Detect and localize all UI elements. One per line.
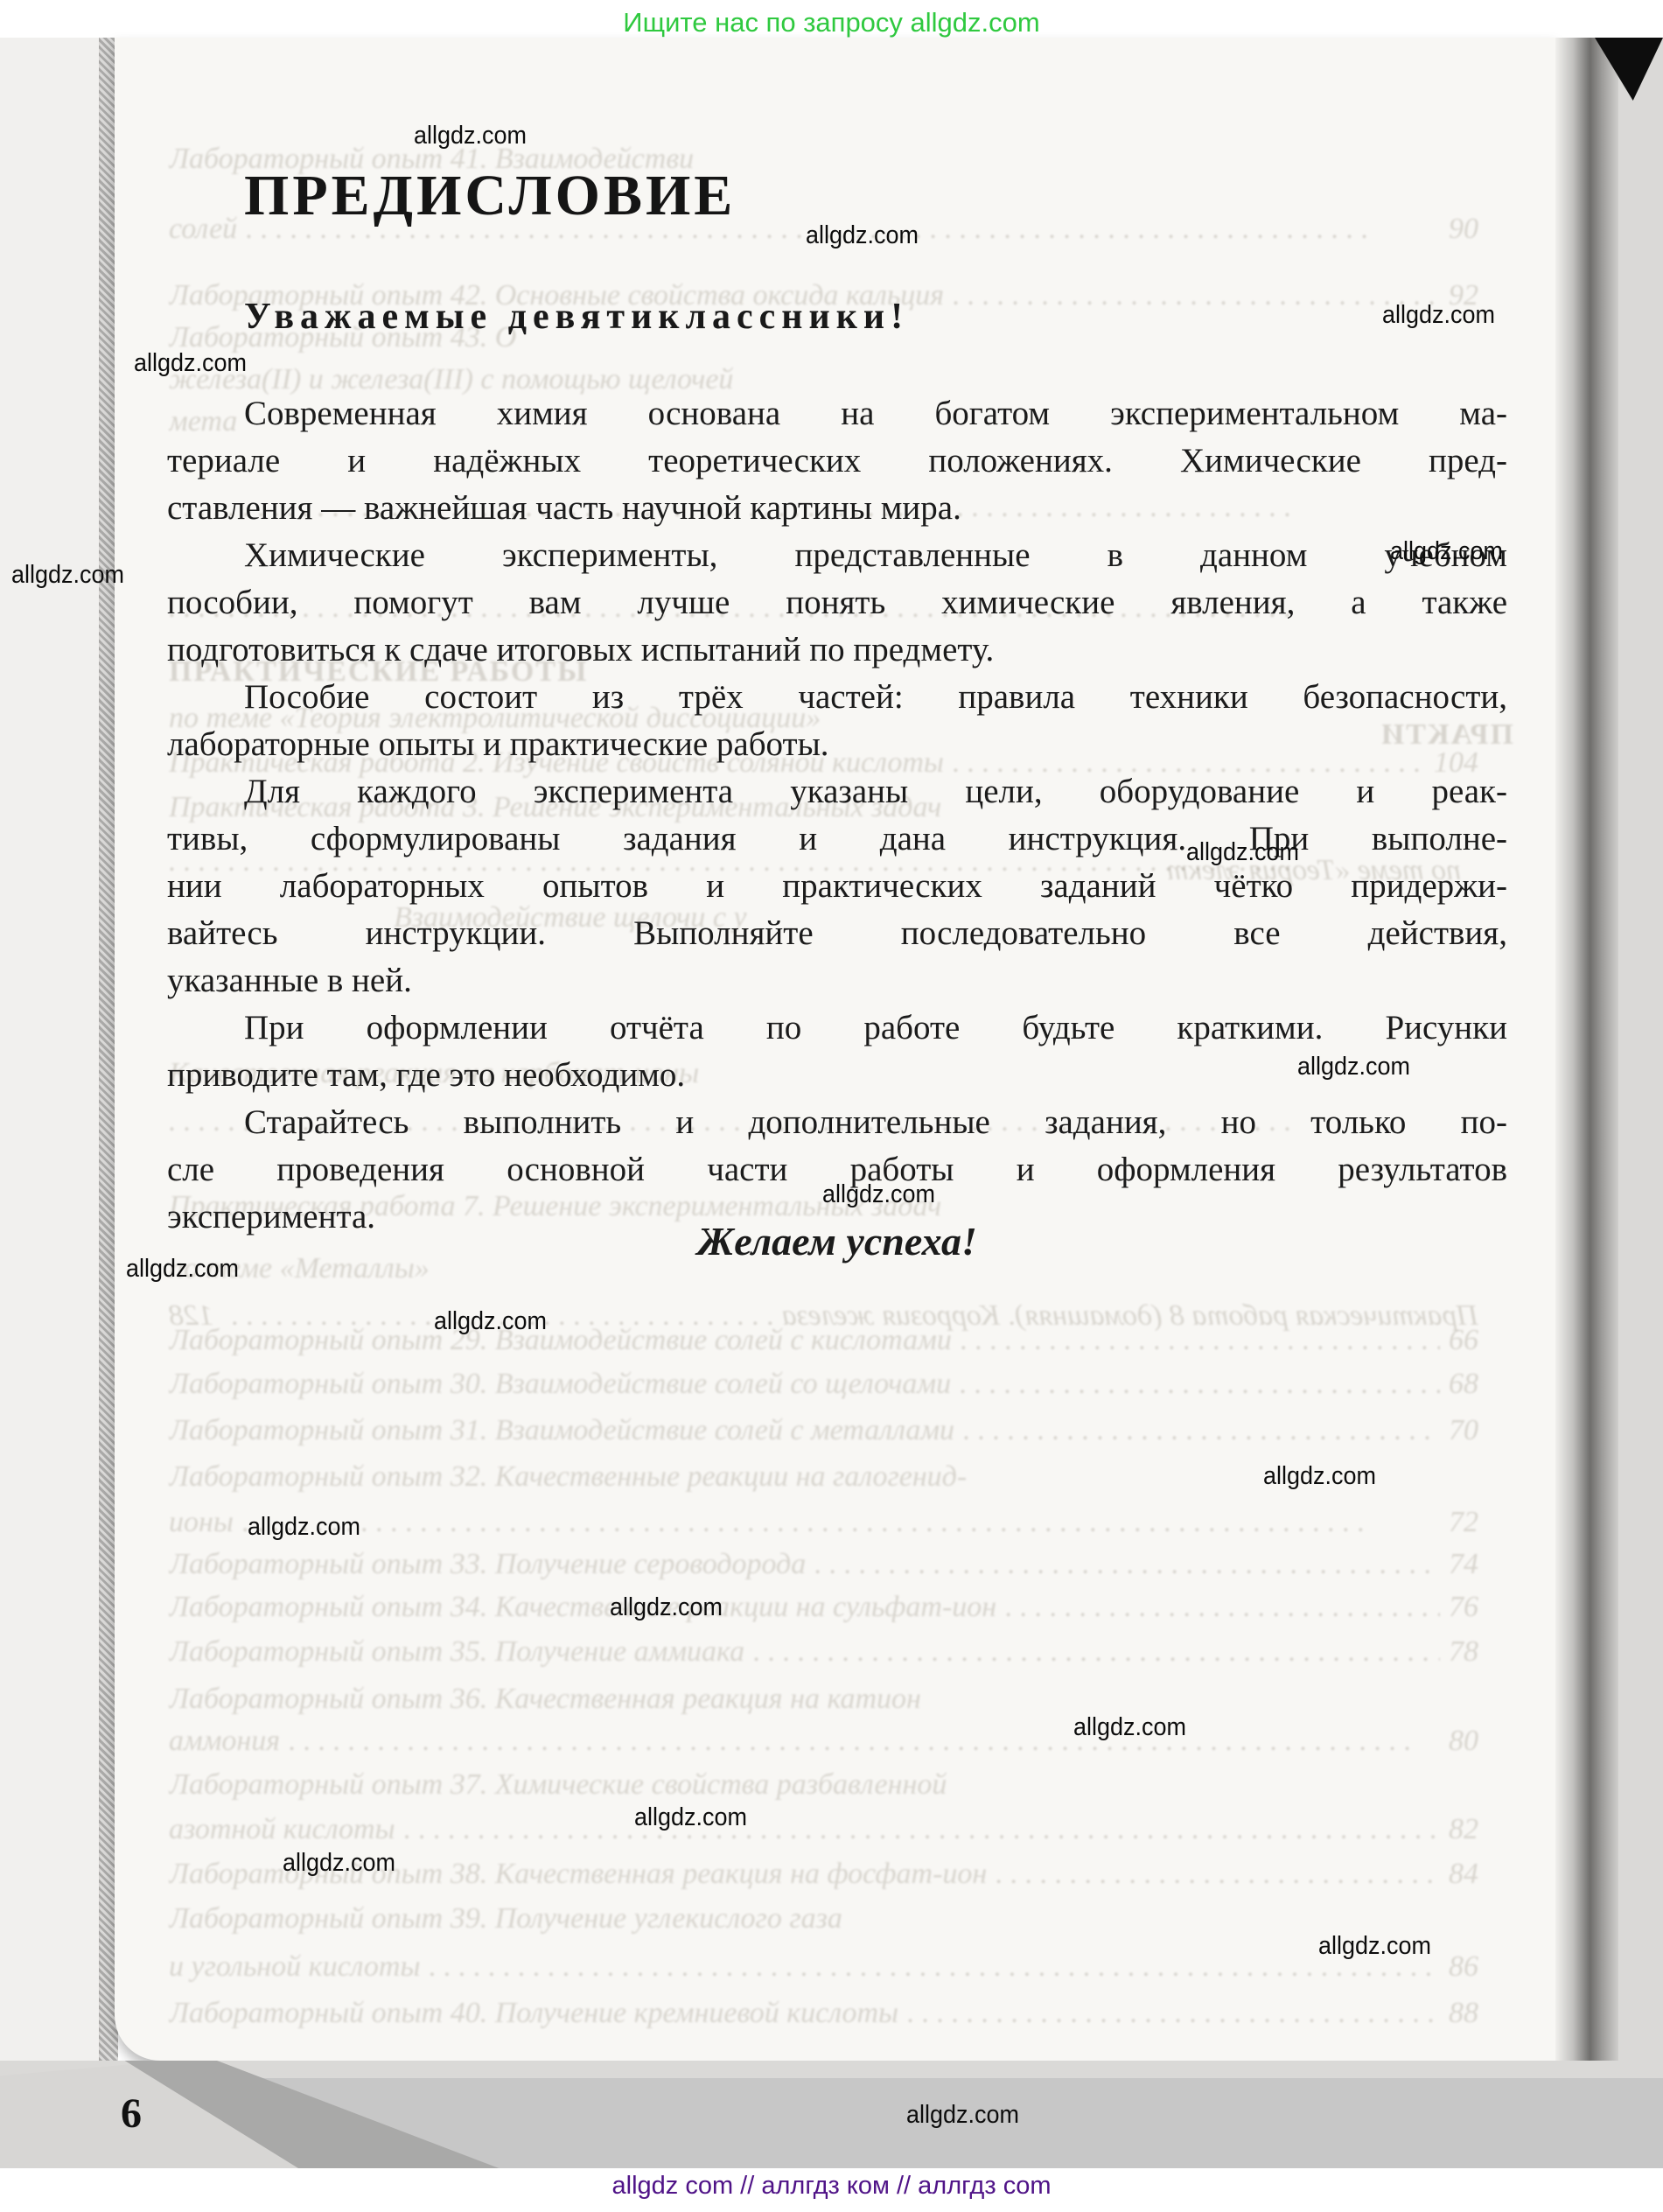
- ghost-line-text: Лабораторный опыт 37. Химические свойств…: [169, 1767, 947, 1802]
- ghost-page-number: 72: [1449, 1505, 1478, 1540]
- ghost-line-text: Лабораторный опыт 35. Получение аммиака: [169, 1634, 744, 1669]
- ghost-page-number: 80: [1449, 1724, 1478, 1759]
- ghost-line-text: азотной кислоты: [169, 1812, 395, 1847]
- text-line: Для каждого эксперимента указаны цели, о…: [167, 768, 1507, 815]
- ghost-dot-leader: . . . . . . . . . . . . . . . . . . . . …: [289, 1724, 1440, 1759]
- ghost-dot-leader: . . . . . . . . . . . . . . . . . . . . …: [907, 1996, 1440, 2031]
- ghost-line-text: Лабораторный опыт 34. Качественные реакц…: [169, 1590, 996, 1625]
- watermark: allgdz.com: [434, 1307, 547, 1336]
- ghost-dot-leader: . . . . . . . . . . . . . . . . . . . . …: [430, 1949, 1441, 1984]
- watermark: allgdz.com: [1297, 1053, 1410, 1081]
- watermark: allgdz.com: [126, 1255, 239, 1284]
- watermark: allgdz.com: [248, 1513, 360, 1542]
- ghost-toc-line: Лабораторный опыт 40. Получение кремниев…: [169, 1996, 1478, 2031]
- ghost-page-number: 90: [1449, 212, 1478, 247]
- text-line: Пособие состоит из трёх частей: правила …: [167, 674, 1507, 721]
- ghost-dot-leader: . . . . . . . . . . . . . . . . . . . . …: [404, 1812, 1440, 1847]
- watermark: allgdz.com: [134, 349, 247, 378]
- ghost-line-text: и угольной кислоты: [169, 1949, 421, 1984]
- ghost-dot-leader: . . . . . . . . . . . . . . . . . . . . …: [753, 1634, 1440, 1669]
- watermark: allgdz.com: [1186, 838, 1299, 867]
- ghost-toc-line: Лабораторный опыт 36. Качественная реакц…: [169, 1682, 1478, 1717]
- watermark: allgdz.com: [610, 1593, 723, 1622]
- watermark: allgdz.com: [1318, 1932, 1431, 1961]
- text-line: Старайтесь выполнить и дополнительные за…: [167, 1099, 1507, 1146]
- ghost-line-text: Лабораторный опыт 30. Взаимодействие сол…: [169, 1367, 951, 1402]
- ghost-toc-line: Лабораторный опыт 33. Получение сероводо…: [169, 1547, 1478, 1582]
- ghost-line-text: Лабораторный опыт 31. Взаимодействие сол…: [169, 1413, 954, 1448]
- watermark: allgdz.com: [906, 2101, 1019, 2130]
- ghost-page-number: 68: [1449, 1367, 1478, 1402]
- ghost-line-text: Лабораторный опыт 29. Взаимодействие сол…: [169, 1323, 952, 1358]
- text-line: пособии, помогут вам лучше понять химиче…: [167, 579, 1507, 626]
- ghost-line-text: ионы: [169, 1505, 234, 1540]
- preface-text: Современная химия основана на богатом эк…: [167, 390, 1507, 1241]
- ghost-toc-line: Лабораторный опыт 35. Получение аммиака.…: [169, 1634, 1478, 1669]
- text-line: лабораторные опыты и практические работы…: [167, 721, 1507, 768]
- page-spine-shadow: [1555, 38, 1618, 2061]
- ghost-page-number: 78: [1449, 1634, 1478, 1669]
- watermark: allgdz.com: [822, 1180, 935, 1209]
- ghost-dot-leader: . . . . . . . . . . . . . . . . . . . . …: [996, 1857, 1440, 1892]
- watermark: allgdz.com: [806, 221, 919, 250]
- ghost-dot-leader: . . . . . . . . . . . . . . . . . . . . …: [953, 278, 1440, 313]
- watermark: allgdz.com: [1382, 301, 1495, 330]
- ghost-line-text: Лабораторный опыт 33. Получение сероводо…: [169, 1547, 806, 1582]
- ghost-page-number: 70: [1449, 1413, 1478, 1448]
- ghost-toc-line: ионы. . . . . . . . . . . . . . . . . . …: [169, 1505, 1478, 1540]
- watermark: allgdz.com: [1263, 1462, 1376, 1491]
- ghost-page-number: 76: [1449, 1590, 1478, 1625]
- text-line: ставления — важнейшая часть научной карт…: [167, 485, 1507, 532]
- signoff-text: Желаем успеха!: [167, 1218, 1507, 1264]
- page-number: 6: [121, 2089, 142, 2138]
- ghost-dot-leader: . . . . . . . . . . . . . . . . . . . . …: [1005, 1590, 1440, 1625]
- ghost-toc-line: Лабораторный опыт 29. Взаимодействие сол…: [169, 1323, 1478, 1358]
- scan-bottom-background: [0, 2061, 1663, 2168]
- text-line: вайтесь инструкции. Выполняйте последова…: [167, 910, 1507, 957]
- ghost-page-number: 74: [1449, 1547, 1478, 1582]
- text-line: указанные в ней.: [167, 957, 1507, 1004]
- ghost-toc-line: Лабораторный опыт 37. Химические свойств…: [169, 1767, 1478, 1802]
- ghost-line-text: Лабораторный опыт 36. Качественная реакц…: [169, 1682, 921, 1717]
- ghost-dot-leader: . . . . . . . . . . . . . . . . . . . . …: [963, 1413, 1440, 1448]
- text-line: териале и надёжных теоретических положен…: [167, 437, 1507, 485]
- scan-left-margin: [0, 38, 101, 2061]
- text-line: подготовиться к сдаче итоговых испытаний…: [167, 626, 1507, 674]
- ghost-page-number: 82: [1449, 1812, 1478, 1847]
- text-line: При оформлении отчёта по работе будьте к…: [167, 1004, 1507, 1052]
- greeting-heading: Уважаемые девятиклассники!: [244, 296, 909, 338]
- watermark: allgdz.com: [11, 561, 124, 590]
- ghost-dot-leader: . . . . . . . . . . . . . . . . . . . . …: [814, 1547, 1440, 1582]
- ghost-toc-line: аммония. . . . . . . . . . . . . . . . .…: [169, 1724, 1478, 1759]
- ghost-toc-line: азотной кислоты. . . . . . . . . . . . .…: [169, 1812, 1478, 1847]
- text-line: нии лабораторных опытов и практических з…: [167, 863, 1507, 910]
- ghost-toc-line: и угольной кислоты. . . . . . . . . . . …: [169, 1949, 1478, 1984]
- watermark: allgdz.com: [1390, 537, 1503, 566]
- watermark: allgdz.com: [1073, 1713, 1186, 1742]
- watermark: allgdz.com: [414, 122, 527, 150]
- text-line: Современная химия основана на богатом эк…: [167, 390, 1507, 437]
- ghost-toc-line: Лабораторный опыт 31. Взаимодействие сол…: [169, 1413, 1478, 1448]
- ghost-toc-line: Лабораторный опыт 30. Взаимодействие сол…: [169, 1367, 1478, 1402]
- ghost-page-number: 86: [1449, 1949, 1478, 1984]
- next-page-edge: [1618, 38, 1663, 2061]
- ghost-line-text: солей: [169, 212, 237, 247]
- ghost-line-text: Лабораторный опыт 39. Получение углекисл…: [169, 1901, 842, 1936]
- text-line: Химические эксперименты, представленные …: [167, 532, 1507, 579]
- text-line: тивы, сформулированы задания и дана инст…: [167, 815, 1507, 863]
- ghost-page-number: 88: [1449, 1996, 1478, 2031]
- watermark: allgdz.com: [634, 1803, 747, 1832]
- ghost-dot-leader: . . . . . . . . . . . . . . . . . . . . …: [242, 1505, 1440, 1540]
- scanned-book-screenshot: Ищите нас по запросу allgdz.com allgdz c…: [0, 0, 1663, 2212]
- ghost-page-number: 84: [1449, 1857, 1478, 1892]
- ghost-toc-line: Лабораторный опыт 34. Качественные реакц…: [169, 1590, 1478, 1625]
- ghost-line-text: аммония: [169, 1724, 280, 1759]
- ghost-page-number: 66: [1449, 1323, 1478, 1358]
- page-title: ПРЕДИСЛОВИЕ: [244, 163, 736, 229]
- watermark: allgdz.com: [283, 1849, 395, 1878]
- footer-domains: allgdz com // аллгдз ком // аллгдз com: [0, 2172, 1663, 2201]
- ghost-toc-line: Лабораторный опыт 39. Получение углекисл…: [169, 1901, 1478, 1936]
- ghost-line-text: Лабораторный опыт 32. Качественные реакц…: [169, 1459, 967, 1494]
- ghost-dot-leader: . . . . . . . . . . . . . . . . . . . . …: [961, 1323, 1440, 1358]
- ghost-line-text: Лабораторный опыт 40. Получение кремниев…: [169, 1996, 898, 2031]
- promo-banner-text: Ищите нас по запросу allgdz.com: [0, 7, 1663, 38]
- ghost-dot-leader: . . . . . . . . . . . . . . . . . . . . …: [960, 1367, 1440, 1402]
